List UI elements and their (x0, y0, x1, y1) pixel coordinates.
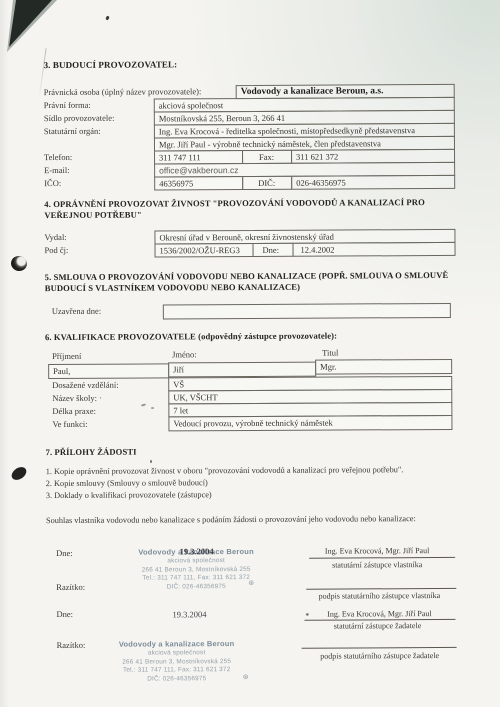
signature-line (309, 557, 455, 559)
attachment-item: 3. Doklady o kvalifikaci provozovatele (… (46, 489, 212, 502)
label-funkce: Ve funkci: (52, 418, 87, 431)
field-pod-cj: 1536/2002/OŽU-REG3 (154, 243, 253, 258)
signature-line (306, 588, 456, 590)
caption-owner-signature: podpis statutárního zástupce vlastníka (299, 591, 459, 602)
header-jmeno: Jméno: (172, 348, 197, 361)
signature-line (302, 647, 457, 649)
section3-title: 3. BUDOUCÍ PROVOZOVATEL: (44, 59, 178, 71)
signatory-name-owner: Ing. Eva Krocová, Mgr. Jiří Paul (301, 546, 453, 557)
section4-title-line2: VEŘEJNOU POTŘEBU" (44, 210, 141, 222)
section6-title: 6. KVALIFIKACE PROVOZOVATELE (odpovědný … (45, 331, 337, 344)
stamp-emblem-icon: ⊛ (248, 580, 254, 587)
label-razitko-applicant: Razítko: (57, 639, 86, 652)
field-jmeno: Jiří (168, 362, 316, 378)
stamp-dic: DIČ: 026-46356975 (92, 674, 262, 683)
label-statutarni-organ: Statutární orgán: (44, 125, 101, 138)
attachment-item: 1. Kopie oprávnění provozovat živnost v … (46, 464, 404, 478)
company-stamp-applicant: Vodovody a kanalizace Beroun akciová spo… (92, 639, 262, 684)
label-praxe: Délka praxe: (52, 405, 96, 418)
stamp-dic: DIČ: 026-46356975 (111, 582, 281, 591)
date-applicant: 19.3.2004 (172, 609, 206, 619)
field-prijmeni: Paul, (48, 363, 169, 379)
label-vydal: Vydal: (44, 231, 66, 244)
section5-title-line2: BUDOUCÍ S VLASTNÍKEM VODOVODU NEBO KANAL… (45, 282, 300, 294)
label-ico: IČO: (44, 177, 61, 190)
label-dic: DIČ: (242, 176, 292, 190)
header-titul: Titul (322, 347, 338, 360)
form-content: 3. BUDOUCÍ PROVOZOVATEL: Právnická osoba… (0, 0, 500, 707)
date-owner: 19.3.2004 (159, 546, 234, 556)
consent-statement: Souhlas vlastníka vodovodu nebo kanaliza… (46, 513, 416, 527)
section4-title-line1: 4. OPRÁVNĚNÍ PROVOZOVAT ŽIVNOST "PROVOZO… (44, 197, 425, 210)
label-dne-s4: Dne: (252, 243, 293, 257)
field-dic: 026-46356975 (291, 175, 455, 190)
header-prijmeni: Příjmení (52, 350, 81, 363)
field-ico: 46356975 (154, 176, 243, 190)
scanned-form-page: 3. BUDOUCÍ PROVOZOVATEL: Právnická osoba… (0, 0, 500, 707)
label-vzdelani: Dosažené vzdělání: (52, 379, 118, 392)
label-pravnicka-osoba: Právnická osoba (úplný název provozovate… (44, 85, 202, 99)
label-email: E-mail: (44, 164, 70, 177)
field-funkce: Vedoucí provozu, výrobně technický náměs… (168, 415, 452, 431)
label-razitko-owner: Razítko: (56, 581, 85, 594)
caption-applicant-signature: podpis statutárního zástupce žadatele (300, 651, 460, 662)
label-dne-owner: Dne: (56, 547, 73, 560)
stamp-emblem-icon: ⊛ (243, 674, 249, 681)
attachment-item: 2. Kopie smlouvy (Smlouvy o smlouvě budo… (46, 477, 208, 490)
field-dne-s4: 12.4.2002 (292, 242, 455, 257)
section7-title: 7. PŘÍLOHY ŽÁDOSTI (46, 447, 137, 458)
field-titul: Mgr. (315, 359, 452, 375)
field-uzavrena-dne (163, 303, 451, 320)
caption-owner-role: statutární zástupce vlastníka (301, 560, 453, 571)
label-telefon: Telefon: (44, 151, 72, 164)
label-pravni-forma: Právní forma: (44, 99, 91, 112)
caption-applicant-role: statutární zástupce žadatele (301, 621, 453, 632)
label-pod-cj: Pod čj: (44, 244, 68, 257)
label-uzavrena-dne: Uzavřena dne: (52, 305, 101, 318)
label-dne-applicant: Dne: (56, 608, 73, 621)
label-skola: Název školy: · (52, 392, 102, 405)
label-sidlo: Sídlo provozovatele: (44, 112, 115, 125)
